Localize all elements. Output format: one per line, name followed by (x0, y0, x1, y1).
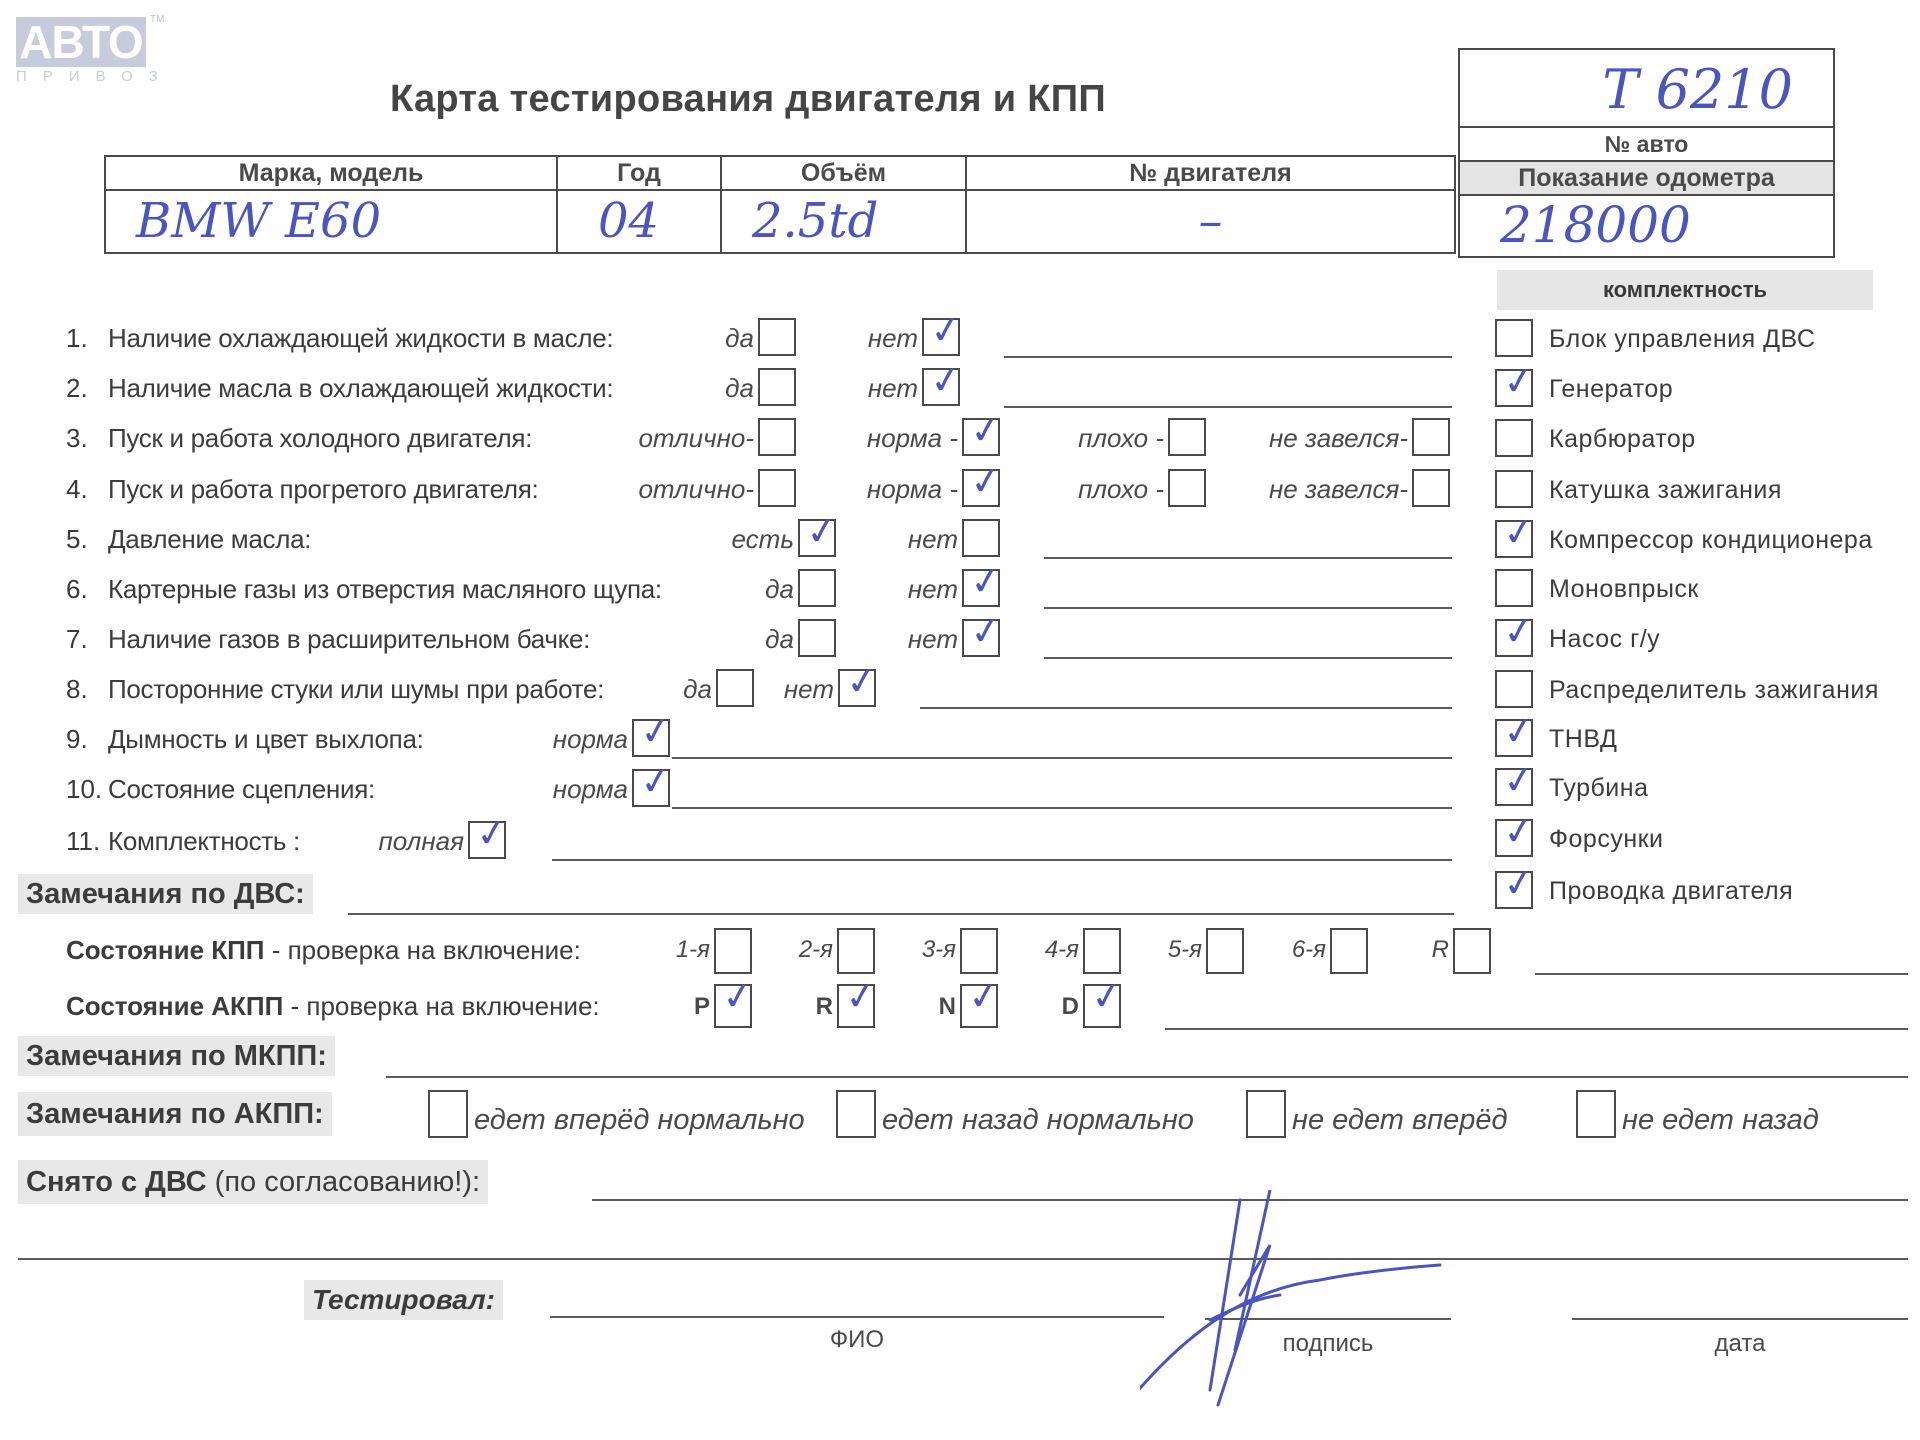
option-label: плохо - (1078, 418, 1164, 458)
checklist-row-number: 7. (66, 619, 88, 659)
completeness-checkbox[interactable]: ✓ (1495, 619, 1533, 657)
checklist-row: 7.Наличие газов в расширительном бачке:д… (0, 619, 1470, 659)
option-label: норма - (867, 469, 958, 509)
checklist-row: 2.Наличие масла в охлаждающей жидкости:д… (0, 368, 1470, 408)
option-checkbox[interactable]: ✓ (632, 719, 670, 757)
completeness-checkbox[interactable] (1495, 569, 1533, 607)
option-checkbox[interactable] (1412, 418, 1450, 456)
option-label: нет (868, 318, 918, 358)
year-field[interactable]: 04 (568, 193, 710, 249)
manual-gearbox-note-line[interactable] (1535, 973, 1908, 975)
completeness-item-label: Катушка зажигания (1549, 470, 1782, 510)
checklist-row-number: 11. (66, 821, 100, 861)
odometer-label: Показание одометра (1460, 160, 1833, 196)
year-label: Год (558, 157, 720, 191)
checkmark-icon: ✓ (803, 509, 840, 553)
make-model-cell: Марка, модель BMW E60 (106, 157, 558, 252)
completeness-checkbox[interactable] (1495, 319, 1533, 357)
completeness-header: комплектность (1497, 270, 1873, 310)
option-label: да (725, 368, 754, 408)
completeness-checkbox[interactable] (1495, 419, 1533, 457)
akpp-remark-label: едет вперёд нормально (474, 1098, 805, 1142)
comment-line[interactable] (672, 757, 1452, 759)
option-label: нет (908, 519, 958, 559)
comment-line[interactable] (1004, 356, 1452, 358)
auto-gearbox-label-bold: Состояние АКПП (66, 991, 283, 1021)
vehicle-info-table: Марка, модель BMW E60 Год 04 Объём 2.5td… (104, 155, 1456, 254)
completeness-item-label: Распределитель зажигания (1549, 670, 1879, 710)
volume-cell: Объём 2.5td (722, 157, 967, 252)
option-label: норма - (867, 418, 958, 458)
checklist-row-number: 9. (66, 719, 88, 759)
option-checkbox[interactable]: ✓ (922, 318, 960, 356)
manual-gear-checkbox[interactable] (837, 928, 875, 974)
option-label: да (683, 669, 712, 709)
completeness-checkbox[interactable]: ✓ (1495, 768, 1533, 806)
checklist-row: 4.Пуск и работа прогретого двигателя:отл… (0, 469, 1470, 509)
checkmark-icon: ✓ (1500, 861, 1537, 905)
option-checkbox[interactable] (1412, 469, 1450, 507)
auto-number-label: № авто (1460, 126, 1833, 160)
checkmark-icon: ✓ (1088, 974, 1125, 1018)
option-checkbox[interactable]: ✓ (838, 669, 876, 707)
checkmark-icon: ✓ (473, 811, 510, 855)
completeness-item-label: Турбина (1549, 768, 1648, 808)
checklist-question: Состояние сцепления: (108, 769, 375, 809)
akpp-remark-label: едет назад нормально (882, 1098, 1194, 1142)
auto-gear-label: P (694, 987, 710, 1027)
option-checkbox[interactable] (758, 418, 796, 456)
trademark-mark: TM (150, 14, 164, 25)
checkmark-icon: ✓ (965, 974, 1002, 1018)
option-checkbox[interactable]: ✓ (962, 619, 1000, 657)
comment-line[interactable] (552, 859, 1452, 861)
manual-gear-checkbox[interactable] (960, 928, 998, 974)
extra-note-line[interactable] (18, 1258, 1908, 1260)
akpp-remarks-label: Замечания по АКПП: (18, 1092, 332, 1136)
manual-gear-label: 3-я (922, 930, 956, 970)
checkmark-icon: ✓ (843, 659, 880, 703)
fio-caption: ФИО (550, 1326, 1164, 1354)
manual-gear-checkbox[interactable] (1453, 928, 1491, 974)
make-model-label: Марка, модель (106, 157, 556, 191)
option-label: полная (378, 821, 464, 861)
manual-gear-checkbox[interactable] (1206, 928, 1244, 974)
option-checkbox[interactable] (798, 569, 836, 607)
checkmark-icon: ✓ (967, 559, 1004, 603)
checkmark-icon: ✓ (967, 609, 1004, 653)
odometer-field[interactable]: 218000 (1500, 196, 1823, 254)
removed-label-bold: Снято с ДВС (26, 1166, 207, 1198)
signature-scribble (1140, 1190, 1460, 1420)
checklist-question: Посторонние стуки или шумы при работе: (108, 669, 604, 709)
checklist-row: 9.Дымность и цвет выхлопа:норма✓ (0, 719, 1470, 759)
option-label: не завелся- (1269, 469, 1408, 509)
engine-number-field[interactable]: – (977, 193, 1444, 249)
completeness-checkbox[interactable] (1495, 670, 1533, 708)
manual-gear-label: 5-я (1168, 930, 1202, 970)
option-checkbox[interactable] (758, 368, 796, 406)
comment-line[interactable] (1044, 557, 1452, 559)
option-label: нет (868, 368, 918, 408)
option-label: да (765, 619, 794, 659)
checkmark-icon: ✓ (927, 308, 964, 352)
checkmark-icon: ✓ (1500, 809, 1537, 853)
checklist-row-number: 5. (66, 519, 88, 559)
checklist-question: Пуск и работа холодного двигателя: (108, 418, 532, 458)
checkmark-icon: ✓ (1500, 510, 1537, 554)
auto-gear-label: N (939, 987, 956, 1027)
auto-gear-checkbox[interactable]: ✓ (837, 984, 875, 1028)
page-title: Карта тестирования двигателя и КПП (390, 78, 1106, 121)
completeness-item-label: Проводка двигателя (1549, 871, 1793, 911)
option-label: нет (784, 669, 834, 709)
option-checkbox[interactable] (1168, 418, 1206, 456)
option-label: плохо - (1078, 469, 1164, 509)
checkmark-icon: ✓ (637, 759, 674, 803)
manual-gear-checkbox[interactable] (1083, 928, 1121, 974)
checklist-question: Давление масла: (108, 519, 311, 559)
checklist-row-number: 8. (66, 669, 88, 709)
checklist-row: 8.Посторонние стуки или шумы при работе:… (0, 669, 1470, 709)
checkmark-icon: ✓ (637, 709, 674, 753)
company-logo: АВТО (16, 17, 146, 67)
option-label: отлично- (638, 418, 754, 458)
checkmark-icon: ✓ (1500, 609, 1537, 653)
checklist-question: Наличие газов в расширительном бачке: (108, 619, 590, 659)
checklist-question: Пуск и работа прогретого двигателя: (108, 469, 538, 509)
checklist-row: 5.Давление масла:есть✓нет (0, 519, 1470, 559)
comment-line[interactable] (1044, 607, 1452, 609)
checkmark-icon: ✓ (1500, 359, 1537, 403)
fio-line[interactable] (550, 1316, 1164, 1318)
akpp-remark-checkbox[interactable] (836, 1090, 876, 1138)
completeness-item-label: Генератор (1549, 369, 1673, 409)
manual-gear-label: R (1432, 930, 1449, 970)
checklist-question: Картерные газы из отверстия масляного щу… (108, 569, 662, 609)
checkmark-icon: ✓ (1500, 709, 1537, 753)
option-label: отлично- (638, 469, 754, 509)
completeness-item-label: Насос г/у (1549, 619, 1660, 659)
engine-number-label: № двигателя (967, 157, 1454, 191)
completeness-checkbox[interactable] (1495, 470, 1533, 508)
checklist-row: 1.Наличие охлаждающей жидкости в масле:д… (0, 318, 1470, 358)
manual-gear-checkbox[interactable] (1330, 928, 1368, 974)
option-label: нет (908, 569, 958, 609)
manual-gearbox-label: Состояние КПП - проверка на включение: (66, 930, 581, 970)
checklist-row: 10.Состояние сцепления:норма✓ (0, 769, 1470, 809)
checkmark-icon: ✓ (967, 408, 1004, 452)
checklist-question: Дымность и цвет выхлопа: (108, 719, 424, 759)
mkpp-remarks-label: Замечания по МКПП: (18, 1036, 335, 1076)
make-model-field[interactable]: BMW E60 (116, 193, 546, 249)
akpp-remark-label: не едет назад (1622, 1098, 1819, 1142)
auto-gear-label: R (816, 987, 833, 1027)
checkmark-icon: ✓ (842, 974, 879, 1018)
option-checkbox[interactable]: ✓ (632, 769, 670, 807)
option-label: нет (908, 619, 958, 659)
checklist-question: Комплектность : (108, 821, 300, 861)
manual-gearbox-label-bold: Состояние КПП (66, 935, 265, 965)
checklist-question: Наличие масла в охлаждающей жидкости: (108, 368, 613, 408)
comment-line[interactable] (1004, 406, 1452, 408)
option-checkbox[interactable] (1168, 469, 1206, 507)
option-checkbox[interactable] (758, 318, 796, 356)
option-checkbox[interactable]: ✓ (962, 469, 1000, 507)
checklist-row-number: 10. (66, 769, 102, 809)
option-checkbox[interactable]: ✓ (962, 418, 1000, 456)
date-line[interactable] (1572, 1318, 1908, 1320)
completeness-item-label: Компрессор кондиционера (1549, 520, 1873, 560)
checkmark-icon: ✓ (967, 459, 1004, 503)
date-caption: дата (1572, 1330, 1908, 1358)
auto-gearbox-label: Состояние АКПП - проверка на включение: (66, 986, 600, 1026)
completeness-checkbox[interactable]: ✓ (1495, 819, 1533, 857)
akpp-remark-checkbox[interactable] (1576, 1090, 1616, 1138)
auto-gear-checkbox[interactable]: ✓ (960, 984, 998, 1028)
removed-label: Снято с ДВС (по согласованию!): (18, 1160, 488, 1204)
completeness-checkbox[interactable]: ✓ (1495, 369, 1533, 407)
manual-gear-label: 6-я (1292, 930, 1326, 970)
akpp-remark-label: не едет вперёд (1292, 1098, 1508, 1142)
completeness-checkbox[interactable]: ✓ (1495, 520, 1533, 558)
auto-gear-label: D (1062, 987, 1079, 1027)
checkmark-icon: ✓ (719, 974, 756, 1018)
auto-gear-checkbox[interactable]: ✓ (1083, 984, 1121, 1028)
option-label: норма (553, 719, 628, 759)
option-checkbox[interactable] (758, 469, 796, 507)
checkmark-icon: ✓ (927, 358, 964, 402)
engine-remarks-line[interactable] (348, 913, 1454, 915)
checkmark-icon: ✓ (1500, 758, 1537, 802)
option-label: да (725, 318, 754, 358)
option-label: да (765, 569, 794, 609)
auto-number-field[interactable]: T 6210 (1460, 50, 1833, 126)
manual-gear-label: 2-я (799, 930, 833, 970)
completeness-item-label: Форсунки (1549, 819, 1664, 859)
option-label: норма (553, 769, 628, 809)
option-checkbox[interactable]: ✓ (962, 569, 1000, 607)
option-checkbox[interactable]: ✓ (468, 821, 506, 859)
removed-label-rest: (по согласованию!): (207, 1166, 480, 1198)
volume-field[interactable]: 2.5td (732, 193, 955, 249)
auto-gear-checkbox[interactable]: ✓ (714, 984, 752, 1028)
option-checkbox[interactable] (962, 519, 1000, 557)
akpp-remark-checkbox[interactable] (1246, 1090, 1286, 1138)
volume-label: Объём (722, 157, 965, 191)
comment-line[interactable] (920, 707, 1452, 709)
tested-by-label: Тестировал: (304, 1280, 503, 1320)
completeness-checkbox[interactable]: ✓ (1495, 719, 1533, 757)
auto-gearbox-label-rest: - проверка на включение: (283, 991, 599, 1021)
manual-gear-label: 4-я (1045, 930, 1079, 970)
checklist-row: 3.Пуск и работа холодного двигателя:отли… (0, 418, 1470, 458)
completeness-checkbox[interactable]: ✓ (1495, 871, 1533, 909)
checklist-row-number: 1. (66, 318, 88, 358)
checklist-question: Наличие охлаждающей жидкости в масле: (108, 318, 613, 358)
manual-gearbox-label-rest: - проверка на включение: (265, 935, 581, 965)
auto-gearbox-note-line[interactable] (1165, 1028, 1908, 1030)
manual-gear-checkbox[interactable] (714, 928, 752, 974)
completeness-item-label: Блок управления ДВС (1549, 319, 1815, 359)
checklist-row: 6.Картерные газы из отверстия масляного … (0, 569, 1470, 609)
completeness-item-label: Моновпрыск (1549, 569, 1699, 609)
option-checkbox[interactable]: ✓ (922, 368, 960, 406)
mkpp-remarks-line[interactable] (386, 1076, 1908, 1078)
option-label: не завелся- (1269, 418, 1408, 458)
auto-number-box: T 6210 № авто Показание одометра 218000 (1458, 48, 1835, 258)
checklist-row-number: 4. (66, 469, 88, 509)
option-checkbox[interactable] (716, 669, 754, 707)
engine-number-cell: № двигателя – (967, 157, 1454, 252)
comment-line[interactable] (672, 807, 1452, 809)
option-label: есть (732, 519, 795, 559)
engine-remarks-label: Замечания по ДВС: (18, 874, 313, 914)
checklist-row-number: 3. (66, 418, 88, 458)
company-logo-subtitle: ПРИВОЗ (16, 68, 174, 85)
option-checkbox[interactable] (798, 619, 836, 657)
comment-line[interactable] (1044, 657, 1452, 659)
checklist-row: 11.Комплектность :полная✓ (0, 821, 1470, 861)
manual-gear-label: 1-я (676, 930, 710, 970)
year-cell: Год 04 (558, 157, 722, 252)
option-checkbox[interactable]: ✓ (798, 519, 836, 557)
akpp-remark-checkbox[interactable] (428, 1090, 468, 1138)
completeness-item-label: Карбюратор (1549, 419, 1696, 459)
checklist-row-number: 2. (66, 368, 88, 408)
completeness-item-label: ТНВД (1549, 719, 1617, 759)
checklist-row-number: 6. (66, 569, 88, 609)
